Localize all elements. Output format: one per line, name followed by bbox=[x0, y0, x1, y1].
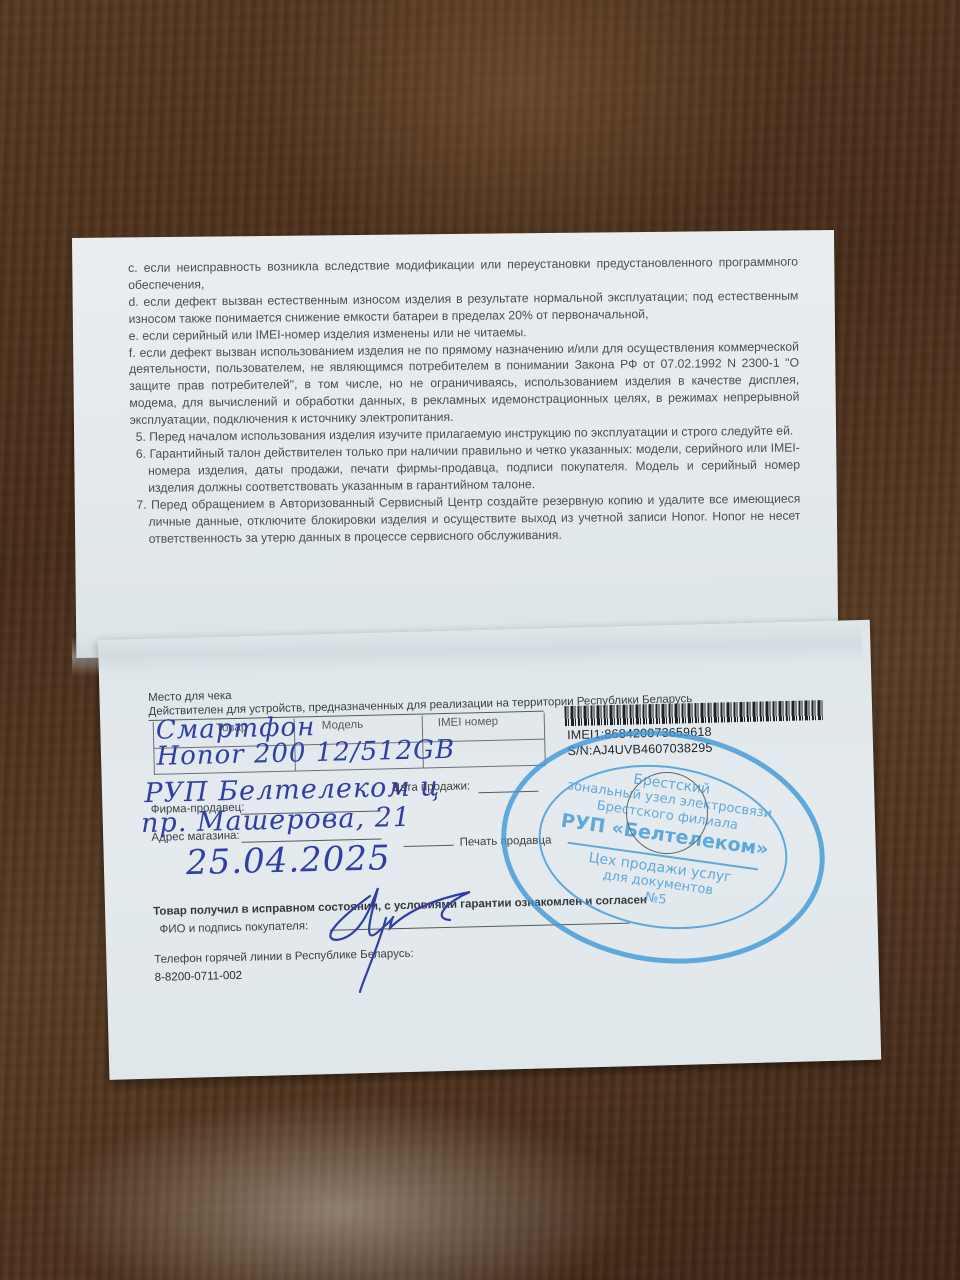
pen-circle-mark bbox=[626, 772, 708, 854]
sale-date-label: Дата продажи: bbox=[392, 780, 470, 794]
warranty-terms: c. если неисправность возникла вследстви… bbox=[128, 254, 801, 548]
term-6: 6. Гарантийный талон действителен только… bbox=[130, 440, 800, 497]
hotline-number: 8-8200-0711-002 bbox=[155, 970, 243, 984]
handwritten-model: Honor 200 12/512GB bbox=[156, 735, 455, 772]
term-7: 7. Перед обращением в Авторизованный Сер… bbox=[130, 490, 800, 547]
buyer-signature-label: ФИО и подпись покупателя: bbox=[159, 920, 308, 935]
product-table: Товар Модель IMEI номер Смартфон Honor 2… bbox=[153, 713, 546, 775]
term-f: f. если дефект вызван использованием изд… bbox=[129, 338, 800, 429]
handwritten-address: пр. Машерова, 21 bbox=[141, 802, 412, 839]
check-place-label: Место для чека bbox=[148, 690, 232, 704]
buyer-signature bbox=[300, 878, 500, 998]
header-model: Модель bbox=[322, 719, 364, 732]
warranty-card: c. если неисправность возникла вследстви… bbox=[0, 0, 960, 1280]
header-imei: IMEI номер bbox=[438, 716, 499, 729]
handwritten-date: 25.04.2025 bbox=[186, 838, 392, 883]
seal-line bbox=[404, 845, 454, 847]
